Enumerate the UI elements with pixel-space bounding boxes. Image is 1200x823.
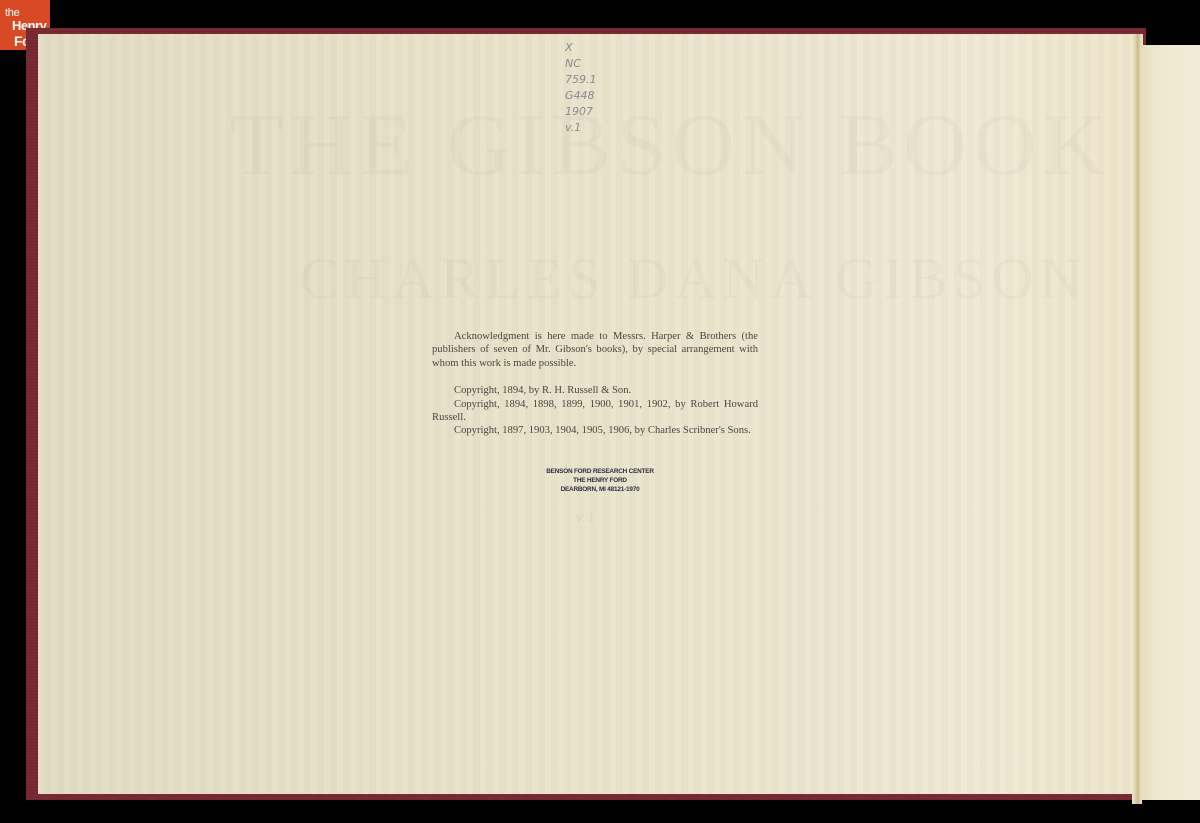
call-number: X NC 759.1 G448 1907 v.1 — [565, 40, 615, 136]
stamp-line: THE HENRY FORD — [540, 476, 660, 485]
copyright-line: Copyright, 1894, by R. H. Russell & Son. — [432, 384, 758, 397]
call-number-line: 759.1 — [565, 72, 615, 88]
call-number-line: v.1 — [565, 120, 615, 136]
stamp-line: BENSON FORD RESEARCH CENTER — [540, 467, 660, 476]
library-stamp: BENSON FORD RESEARCH CENTER THE HENRY FO… — [540, 467, 660, 494]
call-number-line: 1907 — [565, 104, 615, 120]
call-number-line: NC — [565, 56, 615, 72]
bleed-through-title: THE GIBSON BOOK — [230, 95, 1112, 196]
copyright-line: Copyright, 1897, 1903, 1904, 1905, 1906,… — [432, 424, 758, 437]
stamp-line: DEARBORN, MI 48121-1970 — [540, 485, 660, 494]
copyright-line: Copyright, 1894, 1898, 1899, 1900, 1901,… — [432, 398, 758, 425]
faint-note: v.1 — [575, 510, 596, 526]
bleed-through-author: CHARLES DANA GIBSON — [300, 245, 1088, 312]
call-number-line: G448 — [565, 88, 615, 104]
acknowledgment-text: Acknowledgment is here made to Messrs. H… — [432, 330, 758, 370]
flyleaf-edge — [1140, 45, 1200, 800]
acknowledgment-block: Acknowledgment is here made to Messrs. H… — [432, 330, 758, 438]
call-number-line: X — [565, 40, 615, 56]
